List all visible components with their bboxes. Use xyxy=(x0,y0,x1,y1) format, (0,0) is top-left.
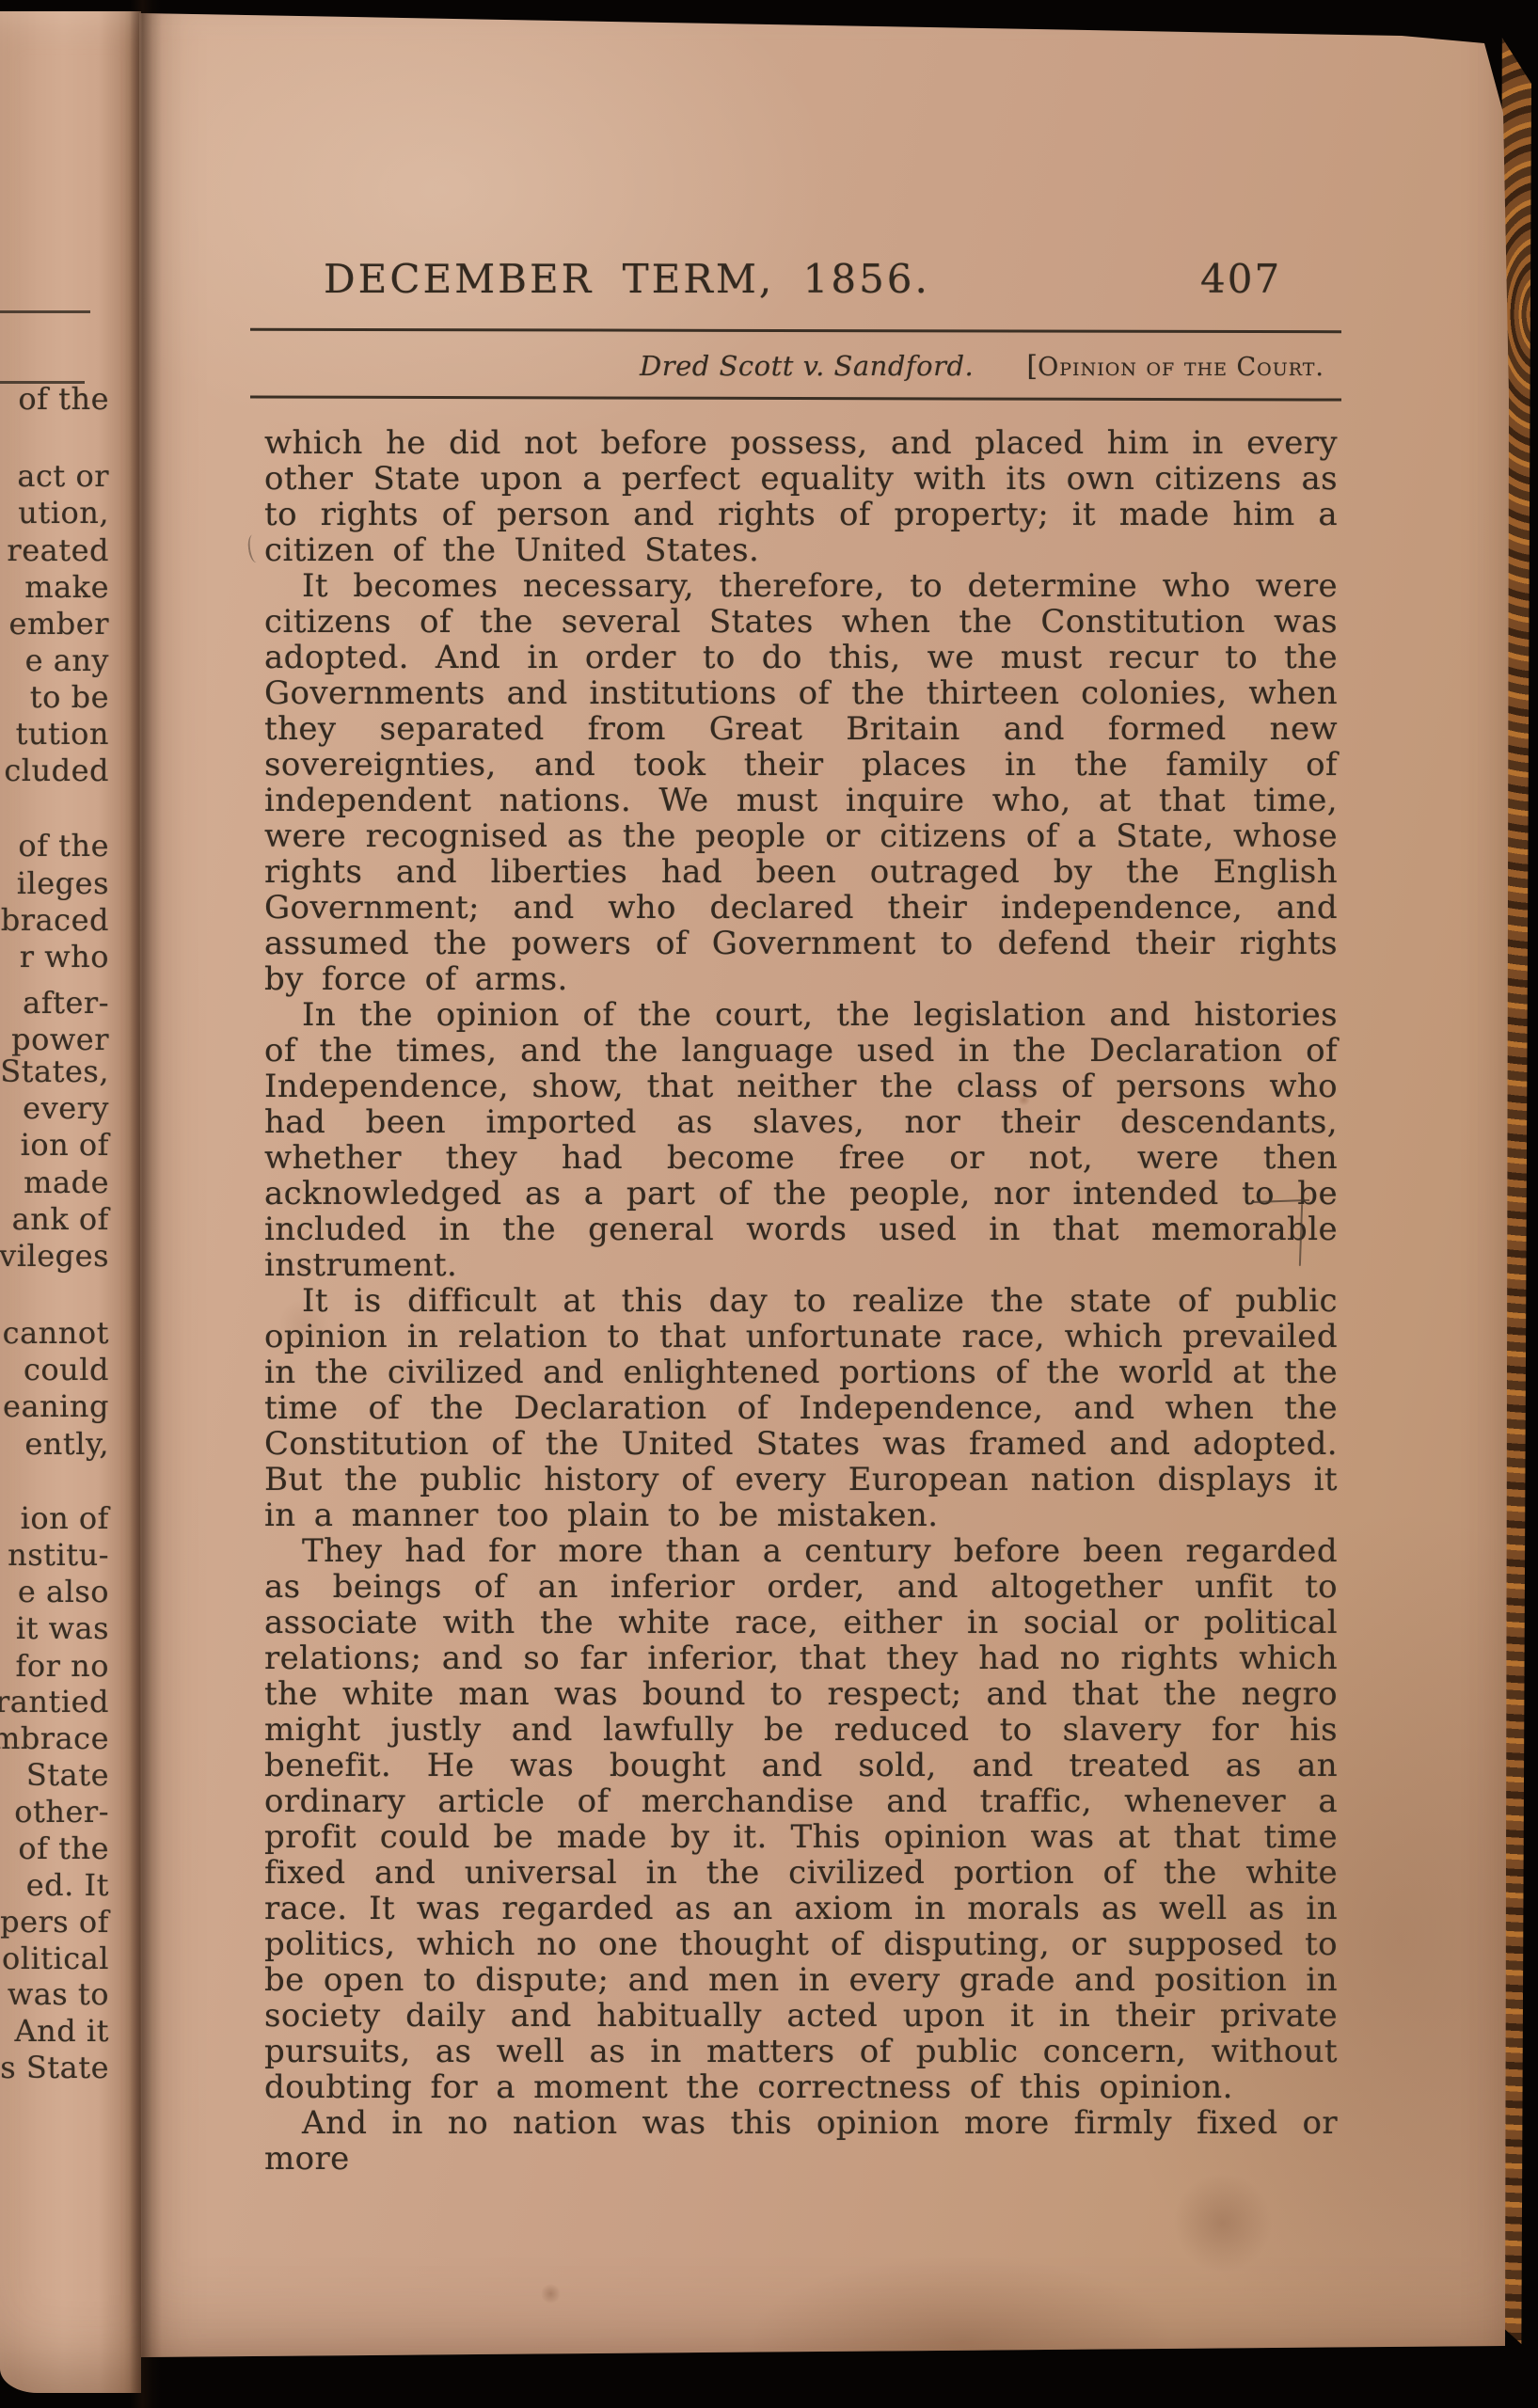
paragraph: They had for more than a century before … xyxy=(264,1533,1338,2105)
page-edge-fragment: olitical xyxy=(2,1942,109,1974)
reader-margin-mark xyxy=(1251,1200,1313,1272)
page-number: 407 xyxy=(1200,256,1281,302)
page-edge-fragment: nstitu- xyxy=(8,1539,109,1571)
paragraph: And in no nation was this opinion more f… xyxy=(264,2105,1338,2177)
opening-bracket: [ xyxy=(1026,350,1038,383)
page-edge-fragment: other- xyxy=(14,1796,109,1828)
page-edge-fragment: ed. It xyxy=(26,1869,109,1901)
page-edge-fragment: made xyxy=(24,1166,109,1198)
page-edge-fragment: e also xyxy=(18,1576,109,1608)
page-edge-fragment: make xyxy=(24,571,109,603)
page-edge-fragment: And it xyxy=(15,2015,109,2047)
margin-mark-horizontal-stroke xyxy=(1251,1199,1309,1203)
facing-page-header-rule xyxy=(0,310,90,313)
page-edge-fragment: act or xyxy=(17,460,109,492)
page-edge-fragment: it was xyxy=(16,1612,109,1644)
header-rule xyxy=(250,328,1341,333)
page-edge-fragment: r who xyxy=(20,941,109,973)
page-edge-fragment: States, xyxy=(0,1055,109,1087)
book-page: DECEMBER TERM, 1856. 407 Dred Scott v. S… xyxy=(139,0,1511,2365)
page-edge-fragment: reated xyxy=(7,534,109,566)
page-edge-fragment: cannot xyxy=(3,1317,109,1349)
page-edge-fragment: ember xyxy=(9,608,110,640)
paragraph: It becomes necessary, therefore, to dete… xyxy=(264,568,1338,997)
book-photo: { "page": { "header": { "term_title": "D… xyxy=(0,0,1538,2408)
page-edge-fragment: ion of xyxy=(21,1129,109,1161)
page-edge-fragment: vileges xyxy=(0,1240,109,1272)
page-edge-fragment: pers of xyxy=(0,1906,109,1938)
page-edge-fragment: cluded xyxy=(4,754,109,786)
page-edge-fragment: eaning xyxy=(3,1390,109,1422)
page-edge-fragment: was to xyxy=(8,1978,109,2010)
paragraph: which he did not before possess, and pla… xyxy=(264,425,1338,568)
page-edge-fragment: of the xyxy=(18,830,109,862)
page-edge-fragment: power xyxy=(11,1023,109,1055)
case-caption: Dred Scott v. Sandford. [Opinion of the … xyxy=(139,350,1511,389)
caption-rule xyxy=(250,395,1341,401)
page-edge-fragment: ion of xyxy=(21,1502,109,1534)
case-name: Dred Scott v. Sandford. xyxy=(640,350,974,382)
opinion-label-text: Opinion of the Court. xyxy=(1038,353,1324,382)
page-edge-fragment: ution, xyxy=(18,497,109,529)
page-edge-fragment: could xyxy=(24,1354,109,1386)
page-edge-fragment: after- xyxy=(23,987,109,1019)
page-edge-fragment: is State xyxy=(0,2052,109,2083)
page-edge-fragment: of the xyxy=(18,1832,109,1864)
paragraph: It is difficult at this day to realize t… xyxy=(264,1283,1338,1533)
body-text: which he did not before possess, and pla… xyxy=(264,425,1338,2177)
page-edge-fragment: to be xyxy=(30,681,109,713)
margin-mark-vertical-stroke xyxy=(1299,1204,1303,1266)
page-edge-fragment: tution xyxy=(16,718,109,750)
page-edge-fragment: ently, xyxy=(24,1428,109,1460)
page-edge-fragment: for no xyxy=(16,1650,109,1682)
running-head: DECEMBER TERM, 1856. 407 xyxy=(139,256,1511,303)
page-edge-fragment: rantied xyxy=(0,1686,109,1718)
page-edge-fragment: braced xyxy=(1,904,109,936)
page-edge-fragment: ileges xyxy=(17,867,109,899)
facing-page-edge: of theact orution,reatedmakeembere anyto… xyxy=(0,11,141,2393)
opinion-of-the-court-label: [Opinion of the Court. xyxy=(1026,350,1324,383)
page-edge-fragment: State xyxy=(26,1759,109,1791)
paragraph: In the opinion of the court, the legisla… xyxy=(264,997,1338,1283)
page-edge-fragment: every xyxy=(23,1092,109,1124)
page-edge-fragment: mbrace xyxy=(0,1722,109,1754)
page-edge-fragment: e any xyxy=(25,644,109,676)
term-title: DECEMBER TERM, 1856. xyxy=(324,256,930,302)
page-edge-fragment: of the xyxy=(18,383,109,415)
page-edge-fragment: ank of xyxy=(12,1203,109,1235)
stray-ink-mark xyxy=(246,533,265,563)
